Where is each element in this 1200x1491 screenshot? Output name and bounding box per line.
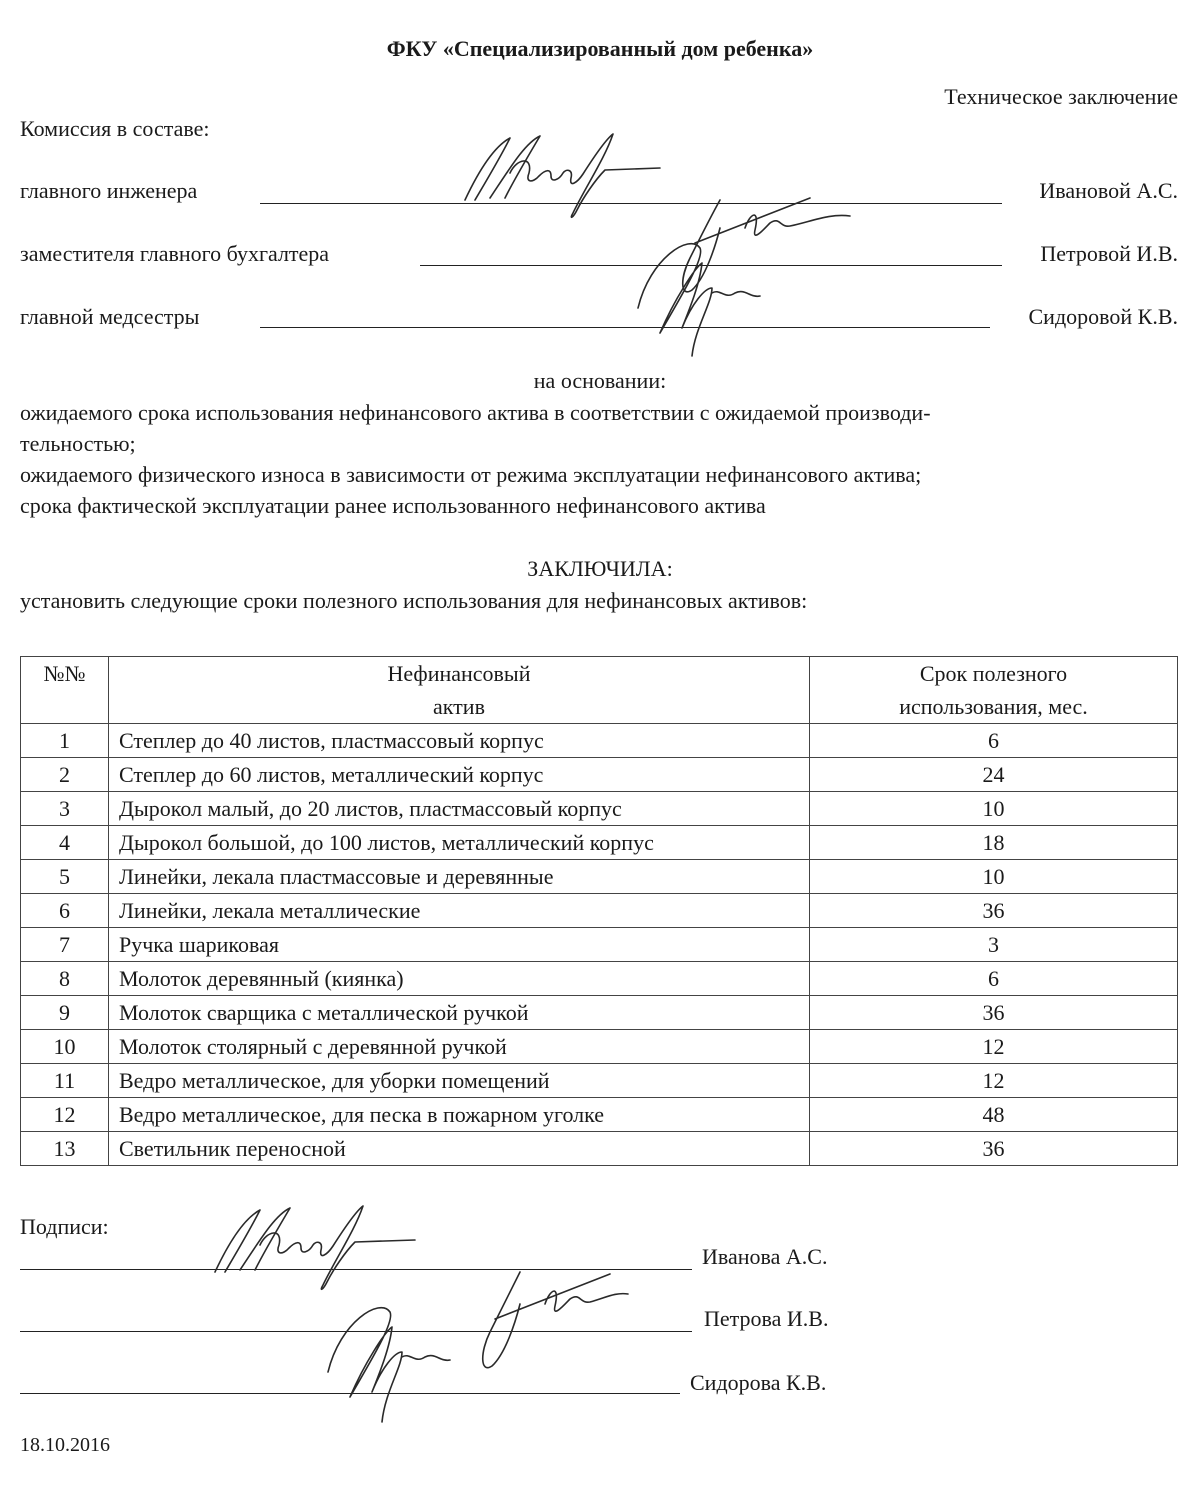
signature-petrova-sidorova-icon (620, 188, 940, 358)
row-number: 7 (21, 928, 109, 962)
signer-name-2: Петрова И.В. (704, 1306, 828, 1332)
signature-ivanova-icon (455, 128, 675, 228)
row-number: 5 (21, 860, 109, 894)
table-row: 11Ведро металлическое, для уборки помеще… (21, 1064, 1178, 1098)
row-asset: Степлер до 60 листов, металлический корп… (109, 758, 810, 792)
table-row: 9Молоток сварщика с металлической ручкой… (21, 996, 1178, 1030)
table-row: 5Линейки, лекала пластмассовые и деревян… (21, 860, 1178, 894)
row-number: 4 (21, 826, 109, 860)
table-row: 7Ручка шариковая3 (21, 928, 1178, 962)
row-months: 10 (810, 860, 1178, 894)
member-signature-line-2 (420, 265, 1002, 266)
row-asset: Дырокол большой, до 100 листов, металлич… (109, 826, 810, 860)
table-row: 8Молоток деревянный (киянка)6 (21, 962, 1178, 996)
header-term-line2: использования, мес. (820, 690, 1167, 723)
header-number: №№ (21, 657, 109, 724)
row-asset: Ведро металлическое, для уборки помещени… (109, 1064, 810, 1098)
assets-table: №№ Нефинансовый актив Срок полезного исп… (20, 656, 1178, 1166)
header-asset: Нефинансовый актив (109, 657, 810, 724)
row-number: 11 (21, 1064, 109, 1098)
row-months: 12 (810, 1030, 1178, 1064)
basis-line-1: ожидаемого срока использования нефинансо… (20, 400, 931, 426)
table-row: 12Ведро металлическое, для песка в пожар… (21, 1098, 1178, 1132)
table-header-row: №№ Нефинансовый актив Срок полезного исп… (21, 657, 1178, 724)
row-number: 12 (21, 1098, 109, 1132)
header-asset-line1: Нефинансовый (119, 657, 799, 690)
member-signature-line-3 (260, 327, 990, 328)
table-row: 6Линейки, лекала металлические36 (21, 894, 1178, 928)
row-months: 36 (810, 1132, 1178, 1166)
table-row: 13Светильник переносной36 (21, 1132, 1178, 1166)
table-row: 4Дырокол большой, до 100 листов, металли… (21, 826, 1178, 860)
header-term: Срок полезного использования, мес. (810, 657, 1178, 724)
row-number: 9 (21, 996, 109, 1030)
member-position-1: главного инженера (20, 178, 197, 204)
conclusion-text: установить следующие сроки полезного исп… (20, 588, 807, 614)
header-term-line1: Срок полезного (820, 657, 1167, 690)
row-number: 1 (21, 724, 109, 758)
row-number: 2 (21, 758, 109, 792)
document-type: Техническое заключение (944, 84, 1178, 110)
row-asset: Молоток столярный с деревянной ручкой (109, 1030, 810, 1064)
row-asset: Дырокол малый, до 20 листов, пластмассов… (109, 792, 810, 826)
row-months: 3 (810, 928, 1178, 962)
signatures-heading: Подписи: (20, 1214, 109, 1240)
signature-ivanova-bottom-icon (205, 1200, 425, 1300)
row-months: 36 (810, 894, 1178, 928)
row-asset: Ручка шариковая (109, 928, 810, 962)
organization-title: ФКУ «Специализированный дом ребенка» (0, 36, 1200, 62)
header-asset-line2: актив (119, 690, 799, 723)
table-row: 2Степлер до 60 листов, металлический кор… (21, 758, 1178, 792)
member-position-3: главной медсестры (20, 304, 199, 330)
signature-line-3 (20, 1393, 680, 1394)
basis-line-2: тельностью; (20, 431, 136, 457)
row-months: 36 (810, 996, 1178, 1030)
row-months: 6 (810, 724, 1178, 758)
basis-line-3: ожидаемого физического износа в зависимо… (20, 462, 921, 488)
row-months: 24 (810, 758, 1178, 792)
commission-intro: Комиссия в составе: (20, 116, 210, 142)
table-row: 3Дырокол малый, до 20 листов, пластмассо… (21, 792, 1178, 826)
member-name-1: Ивановой А.С. (1039, 178, 1178, 204)
row-asset: Линейки, лекала металлические (109, 894, 810, 928)
table-body: 1Степлер до 40 листов, пластмассовый кор… (21, 724, 1178, 1166)
signer-name-1: Иванова А.С. (702, 1244, 827, 1270)
basis-heading: на основании: (0, 368, 1200, 394)
row-number: 6 (21, 894, 109, 928)
row-number: 3 (21, 792, 109, 826)
signature-petrova-sidorova-bottom-icon (310, 1262, 630, 1432)
row-asset: Линейки, лекала пластмассовые и деревянн… (109, 860, 810, 894)
row-asset: Ведро металлическое, для песка в пожарно… (109, 1098, 810, 1132)
basis-line-4: срока фактической эксплуатации ранее исп… (20, 493, 766, 519)
row-asset: Молоток сварщика с металлической ручкой (109, 996, 810, 1030)
signer-name-3: Сидорова К.В. (690, 1370, 826, 1396)
row-asset: Светильник переносной (109, 1132, 810, 1166)
table-row: 1Степлер до 40 листов, пластмассовый кор… (21, 724, 1178, 758)
conclusion-heading: ЗАКЛЮЧИЛА: (0, 556, 1200, 582)
row-number: 10 (21, 1030, 109, 1064)
row-months: 10 (810, 792, 1178, 826)
row-months: 12 (810, 1064, 1178, 1098)
member-name-2: Петровой И.В. (1040, 241, 1178, 267)
row-months: 18 (810, 826, 1178, 860)
row-number: 8 (21, 962, 109, 996)
row-months: 6 (810, 962, 1178, 996)
member-name-3: Сидоровой К.В. (1029, 304, 1179, 330)
row-months: 48 (810, 1098, 1178, 1132)
table-row: 10Молоток столярный с деревянной ручкой1… (21, 1030, 1178, 1064)
signature-line-1 (20, 1269, 692, 1270)
member-signature-line-1 (260, 203, 1002, 204)
document-date: 18.10.2016 (20, 1434, 110, 1457)
row-asset: Молоток деревянный (киянка) (109, 962, 810, 996)
member-position-2: заместителя главного бухгалтера (20, 241, 329, 267)
signature-line-2 (20, 1331, 692, 1332)
row-asset: Степлер до 40 листов, пластмассовый корп… (109, 724, 810, 758)
row-number: 13 (21, 1132, 109, 1166)
